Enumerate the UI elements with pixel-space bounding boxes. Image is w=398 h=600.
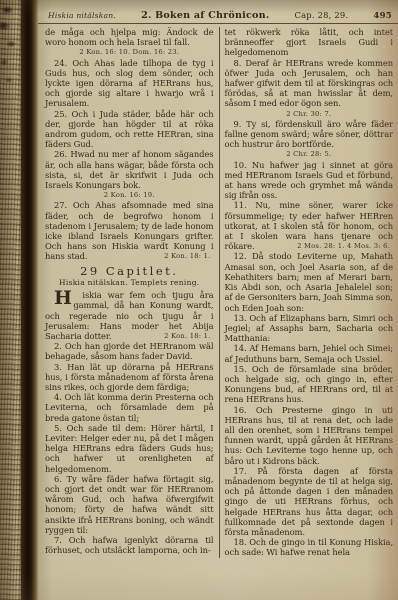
verse-paragraph: 3. Han lät up dörarna på HERrans hus, i … xyxy=(45,362,214,393)
cross-reference-line: 2 Chr. 28: 5. xyxy=(225,149,394,159)
book-photo: Hiskia nitälskan. 2. Boken af Chrönicon.… xyxy=(0,0,398,600)
verse-paragraph: 10. Nu hafwer jag i sinnet at göra med H… xyxy=(225,160,394,201)
verse-paragraph: tet rökwerk röka låtit, och intet bränne… xyxy=(225,27,394,58)
verse-paragraph: 7. Och hafwa igenlykt dörarna til förhus… xyxy=(45,535,214,555)
verse-paragraph: 5. Och sade til dem: Hörer härtil, I Lev… xyxy=(45,423,214,474)
verse-paragraph: 17. På första dagen af första månadenom … xyxy=(225,466,394,537)
running-head: Hiskia nitälskan. 2. Boken af Chrönicon.… xyxy=(38,0,398,24)
verse-paragraph: 8. Deraf är HERrans wrede kommen öfwer J… xyxy=(225,58,394,109)
chapter-heading: 29 Capitlet. xyxy=(45,266,214,276)
verse-paragraph: 14. Af Hemans barn, Jehiel och Simei; af… xyxy=(225,343,394,363)
verse-paragraph: 12. Då stodo Leviterne up, Mahath Amasai… xyxy=(225,251,394,312)
cross-reference-line: 2 Chr. 30: 7. xyxy=(225,109,394,119)
book-title: 2. Boken af Chrönicon. xyxy=(141,10,269,21)
running-head-section-title: Hiskia nitälskan. xyxy=(48,11,116,20)
verse-paragraph: 24. Och Ahas lade tilhopa de tyg i Guds … xyxy=(45,58,214,109)
chapter-reference: Cap. 28, 29. xyxy=(295,10,349,20)
text-columns: de måga och hjelpa mig: Ändock de woro h… xyxy=(38,24,398,558)
page-number: 495 xyxy=(373,11,392,21)
column-right: tet rökwerk röka låtit, och intet bränne… xyxy=(220,27,394,558)
gutter-shadow xyxy=(21,0,38,600)
cross-reference-line: 2 Kon. 16: 19. xyxy=(45,190,214,200)
column-left: de måga och hjelpa mig: Ändock de woro h… xyxy=(45,27,220,558)
verse-paragraph: 26. Hwad nu mer af honom sägandes är, oc… xyxy=(45,149,214,190)
verse-paragraph: 18. Och de gingo in til Konung Hiskia, o… xyxy=(225,537,394,557)
facing-page-edge xyxy=(0,0,21,600)
verse-paragraph: 2. Och han gjorde det HERranom wäl behag… xyxy=(45,341,214,361)
verse-paragraph: de måga och hjelpa mig: Ändock de woro h… xyxy=(45,27,214,47)
book-page: Hiskia nitälskan. 2. Boken af Chrönicon.… xyxy=(38,0,398,600)
verse-paragraph: 25. Och i Juda städer, både här och der,… xyxy=(45,109,214,150)
verse-paragraph: 9. Ty si, fördenskull äro wåre fäder fal… xyxy=(225,119,394,150)
verse-paragraph: 16. Och Presterne gingo in uti HERrans h… xyxy=(225,405,394,466)
cross-reference-line: 2 Kon. 16: 10. Dom. 16: 23. xyxy=(45,47,214,57)
verse-paragraph: 15. Och de församlade sina bröder, och h… xyxy=(225,364,394,405)
chapter-subtitle: Hiskia nitälskan. Templets rening. xyxy=(45,278,214,288)
verse-paragraph: 13. Och af Elizaphans barn, Simri och Je… xyxy=(225,313,394,344)
drop-cap-initial: H xyxy=(45,290,73,306)
verse-paragraph: 6. Ty wåre fäder hafwa förtagit sig, och… xyxy=(45,474,214,535)
verse-paragraph: 4. Och lät komma derin Presterna och Lev… xyxy=(45,392,214,423)
